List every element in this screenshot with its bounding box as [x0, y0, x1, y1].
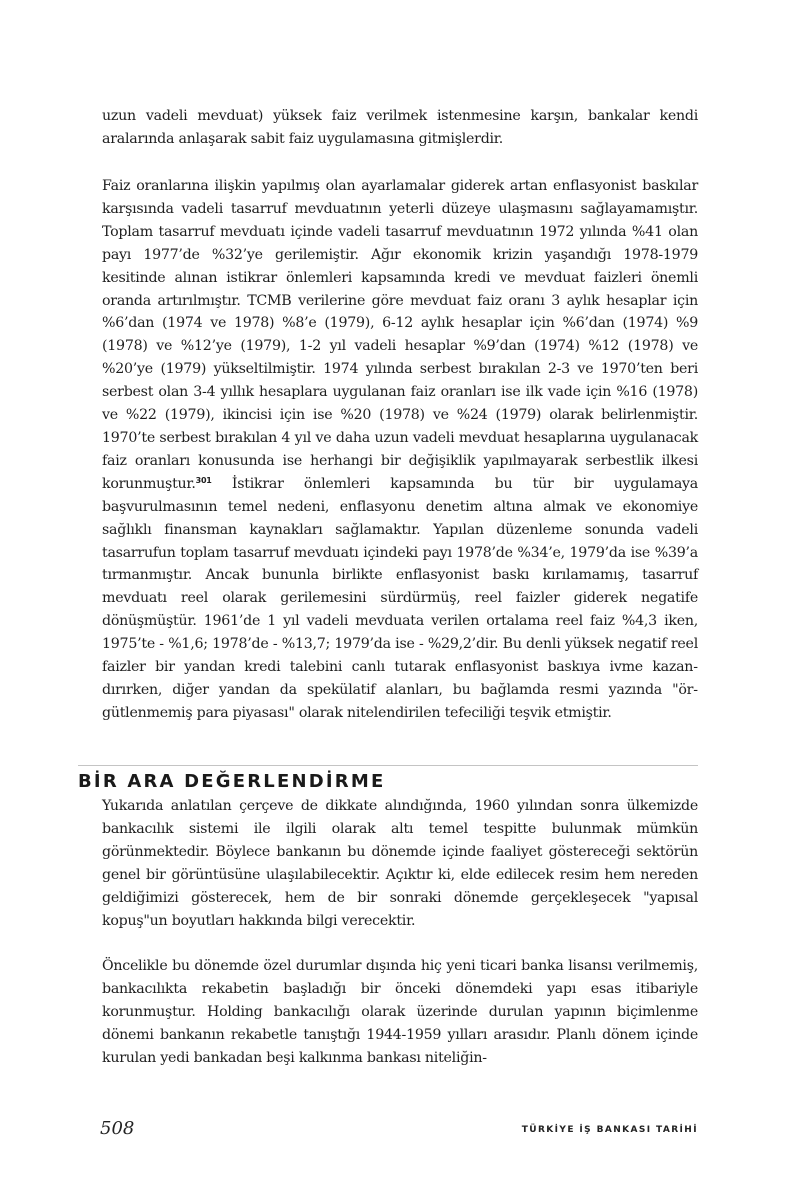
paragraph-2-text-a: Faiz oranlarına ilişkin yapılmış olan ay… [102, 178, 698, 492]
paragraph-1: uzun vadeli mevduat) yüksek faiz verilme… [102, 105, 698, 151]
section-divider [78, 765, 698, 766]
paragraph-4: Öncelikle bu dönemde özel durumlar dışın… [102, 955, 698, 1070]
paragraph-2-text-b: İstik­rar önlemleri kapsamında bu tür bi… [102, 476, 698, 721]
running-title: TÜRKİYE İŞ BANKASI TARİHİ [522, 1125, 698, 1135]
paragraph-1-text: uzun vadeli mevduat) yüksek faiz verilme… [102, 108, 698, 147]
paragraph-3-text: Yukarıda anlatılan çerçeve de dikkate al… [102, 798, 698, 929]
paragraph-4-text: Öncelikle bu dönemde özel durumlar dışın… [102, 958, 698, 1066]
footnote-reference[interactable]: 301 [196, 476, 212, 485]
section-heading: BİR ARA DEĞERLENDİRME [78, 770, 385, 794]
paragraph-2: Faiz oranlarına ilişkin yapılmış olan ay… [102, 175, 698, 725]
page-number: 508 [100, 1118, 134, 1139]
paragraph-3: Yukarıda anlatılan çerçeve de dikkate al… [102, 795, 698, 932]
book-page: uzun vadeli mevduat) yüksek faiz verilme… [0, 0, 799, 1200]
